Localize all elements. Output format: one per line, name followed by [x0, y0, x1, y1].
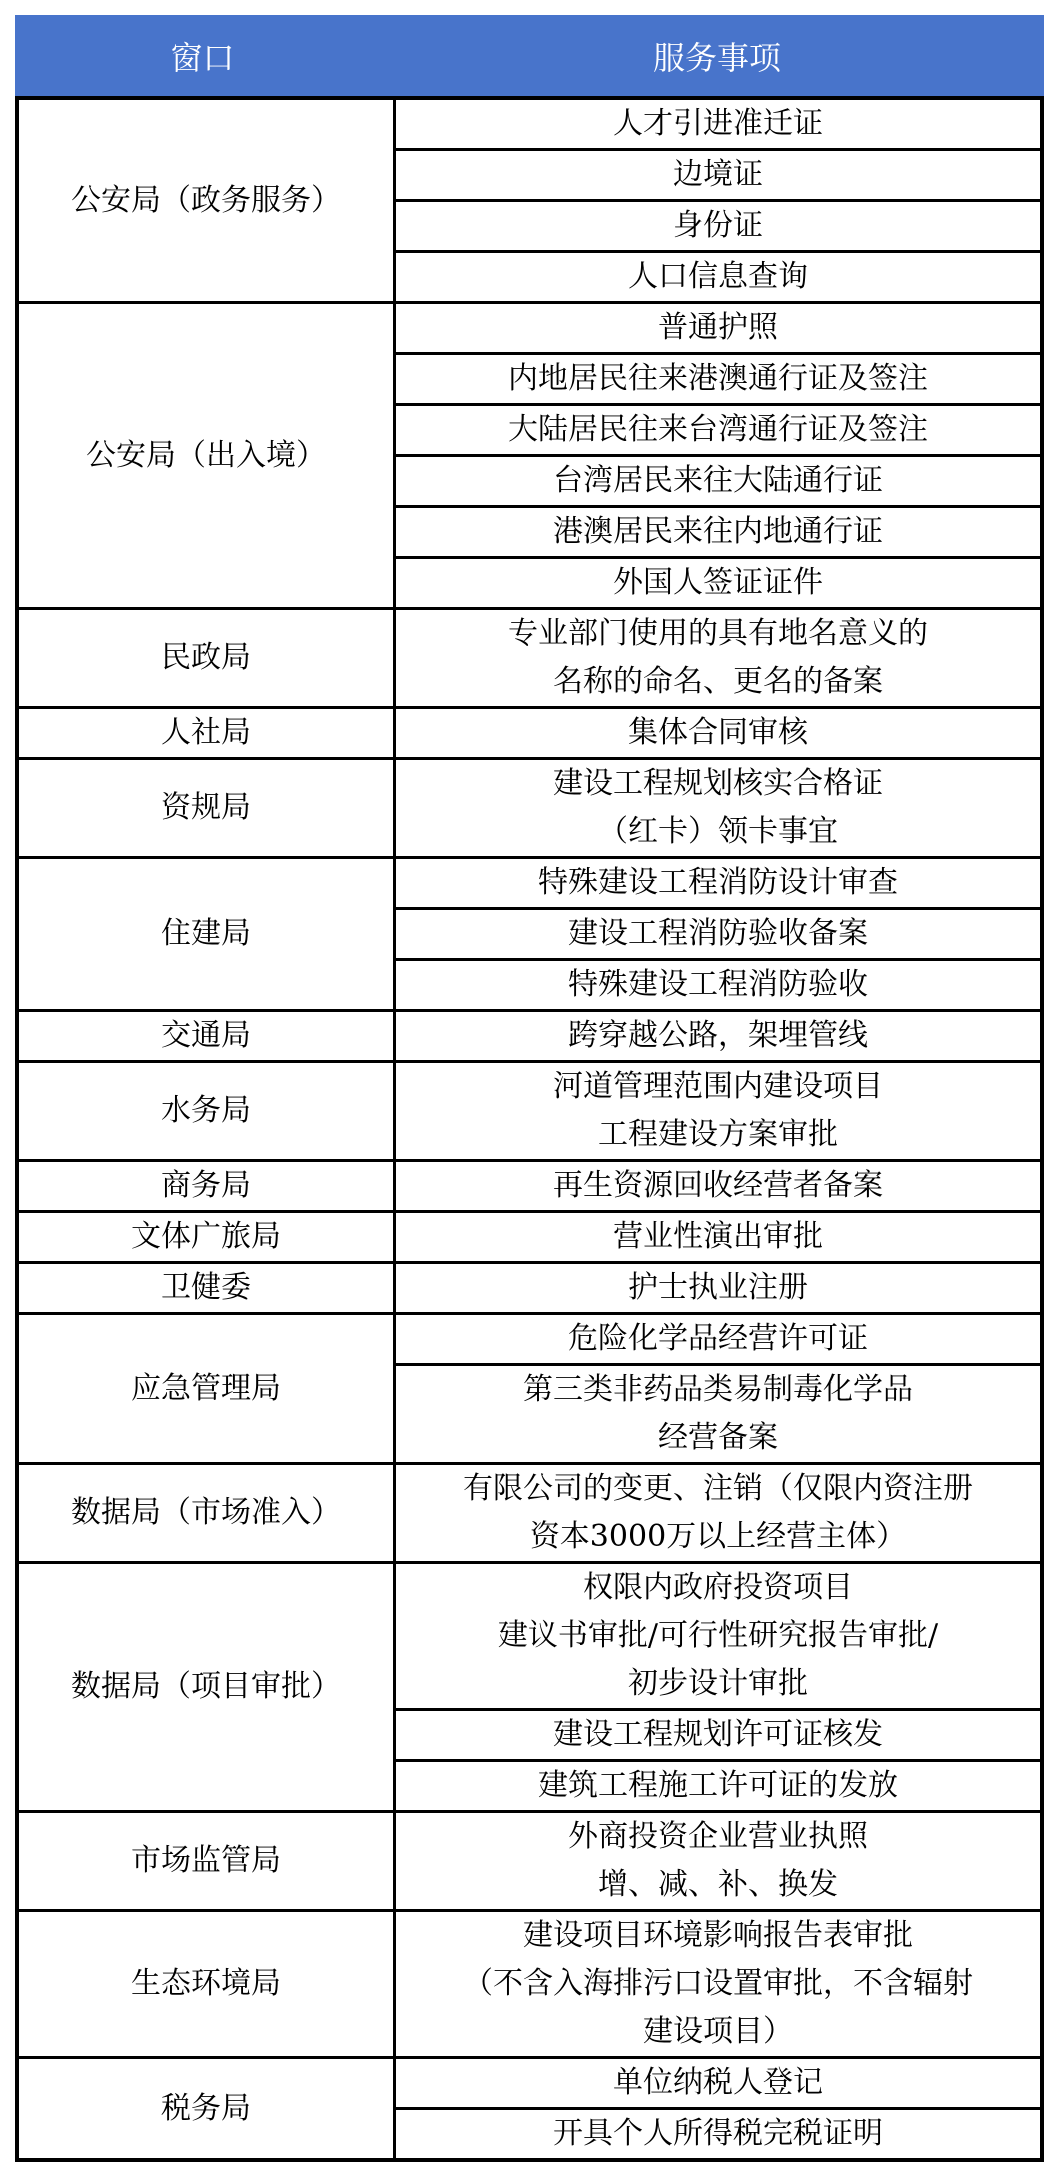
service-cell: 台湾居民来往大陆通行证	[395, 456, 1043, 507]
service-line: 第三类非药品类易制毒化学品	[400, 1366, 1036, 1414]
table-row: 数据局（市场准入）有限公司的变更、注销（仅限内资注册资本3000万以上经营主体）	[17, 1464, 1042, 1563]
table-header: 窗口 服务事项	[15, 15, 1044, 96]
window-cell: 数据局（项目审批）	[17, 1563, 395, 1812]
window-cell: 商务局	[17, 1161, 395, 1212]
window-cell: 民政局	[17, 609, 395, 708]
service-line: 普通护照	[400, 304, 1036, 352]
window-cell: 应急管理局	[17, 1314, 395, 1464]
service-line: 单位纳税人登记	[400, 2059, 1036, 2107]
window-cell: 卫健委	[17, 1263, 395, 1314]
service-line: 河道管理范围内建设项目	[400, 1063, 1036, 1111]
table-row: 商务局再生资源回收经营者备案	[17, 1161, 1042, 1212]
header-window: 窗口	[15, 33, 390, 79]
service-table: 窗口 服务事项 公安局（政务服务）人才引进准迁证边境证身份证人口信息查询公安局（…	[15, 15, 1044, 2162]
service-cell: 建设工程规划核实合格证（红卡）领卡事宜	[395, 759, 1043, 858]
service-line: 营业性演出审批	[400, 1213, 1036, 1261]
service-cell: 有限公司的变更、注销（仅限内资注册资本3000万以上经营主体）	[395, 1464, 1043, 1563]
service-line: 跨穿越公路，架埋管线	[400, 1012, 1036, 1060]
table-row: 文体广旅局营业性演出审批	[17, 1212, 1042, 1263]
service-line: 港澳居民来往内地通行证	[400, 508, 1036, 556]
service-line: 有限公司的变更、注销（仅限内资注册	[400, 1465, 1036, 1513]
service-cell: 集体合同审核	[395, 708, 1043, 759]
window-cell: 市场监管局	[17, 1812, 395, 1911]
service-line: 外国人签证证件	[400, 559, 1036, 607]
service-line: 人口信息查询	[400, 253, 1036, 301]
service-cell: 第三类非药品类易制毒化学品经营备案	[395, 1365, 1043, 1464]
table-row: 应急管理局危险化学品经营许可证	[17, 1314, 1042, 1365]
service-line: 权限内政府投资项目	[400, 1564, 1036, 1612]
window-cell: 住建局	[17, 858, 395, 1011]
service-cell: 人口信息查询	[395, 252, 1043, 303]
table-row: 税务局单位纳税人登记	[17, 2058, 1042, 2109]
service-line: 经营备案	[400, 1414, 1036, 1462]
service-line: 建设项目）	[400, 2008, 1036, 2056]
service-line: 建议书审批/可行性研究报告审批/	[400, 1612, 1036, 1660]
table-row: 数据局（项目审批）权限内政府投资项目建议书审批/可行性研究报告审批/初步设计审批	[17, 1563, 1042, 1710]
service-line: （红卡）领卡事宜	[400, 808, 1036, 856]
table-row: 卫健委护士执业注册	[17, 1263, 1042, 1314]
service-line: 人才引进准迁证	[400, 100, 1036, 148]
table-row: 交通局跨穿越公路，架埋管线	[17, 1011, 1042, 1062]
service-line: 身份证	[400, 202, 1036, 250]
service-cell: 大陆居民往来台湾通行证及签注	[395, 405, 1043, 456]
service-line: 资本3000万以上经营主体）	[400, 1513, 1036, 1561]
window-cell: 税务局	[17, 2058, 395, 2161]
service-cell: 建筑工程施工许可证的发放	[395, 1761, 1043, 1812]
service-line: 建筑工程施工许可证的发放	[400, 1762, 1036, 1810]
service-cell: 港澳居民来往内地通行证	[395, 507, 1043, 558]
service-line: 护士执业注册	[400, 1264, 1036, 1312]
service-cell: 再生资源回收经营者备案	[395, 1161, 1043, 1212]
service-line: 再生资源回收经营者备案	[400, 1162, 1036, 1210]
service-cell: 建设工程消防验收备案	[395, 909, 1043, 960]
service-cell: 内地居民往来港澳通行证及签注	[395, 354, 1043, 405]
table-row: 公安局（出入境）普通护照	[17, 303, 1042, 354]
service-cell: 开具个人所得税完税证明	[395, 2109, 1043, 2161]
service-line: （不含入海排污口设置审批，不含辐射	[400, 1960, 1036, 2008]
service-line: 内地居民往来港澳通行证及签注	[400, 355, 1036, 403]
service-cell: 边境证	[395, 150, 1043, 201]
window-cell: 文体广旅局	[17, 1212, 395, 1263]
service-cell: 跨穿越公路，架埋管线	[395, 1011, 1043, 1062]
service-line: 开具个人所得税完税证明	[400, 2110, 1036, 2158]
table-row: 市场监管局外商投资企业营业执照增、减、补、换发	[17, 1812, 1042, 1911]
service-cell: 危险化学品经营许可证	[395, 1314, 1043, 1365]
service-cell: 营业性演出审批	[395, 1212, 1043, 1263]
service-line: 外商投资企业营业执照	[400, 1813, 1036, 1861]
service-line: 专业部门使用的具有地名意义的	[400, 610, 1036, 658]
table-row: 水务局河道管理范围内建设项目工程建设方案审批	[17, 1062, 1042, 1161]
service-line: 大陆居民往来台湾通行证及签注	[400, 406, 1036, 454]
service-line: 特殊建设工程消防设计审查	[400, 859, 1036, 907]
table-row: 公安局（政务服务）人才引进准迁证	[17, 98, 1042, 150]
service-line: 边境证	[400, 151, 1036, 199]
service-cell: 建设工程规划许可证核发	[395, 1710, 1043, 1761]
service-line: 名称的命名、更名的备案	[400, 658, 1036, 706]
service-line: 建设项目环境影响报告表审批	[400, 1912, 1036, 1960]
table-row: 民政局专业部门使用的具有地名意义的名称的命名、更名的备案	[17, 609, 1042, 708]
service-line: 建设工程消防验收备案	[400, 910, 1036, 958]
service-line: 增、减、补、换发	[400, 1861, 1036, 1909]
window-cell: 生态环境局	[17, 1911, 395, 2058]
table-row: 生态环境局建设项目环境影响报告表审批（不含入海排污口设置审批，不含辐射建设项目）	[17, 1911, 1042, 2058]
service-line: 台湾居民来往大陆通行证	[400, 457, 1036, 505]
table-row: 人社局集体合同审核	[17, 708, 1042, 759]
service-cell: 专业部门使用的具有地名意义的名称的命名、更名的备案	[395, 609, 1043, 708]
service-cell: 特殊建设工程消防验收	[395, 960, 1043, 1011]
service-cell: 权限内政府投资项目建议书审批/可行性研究报告审批/初步设计审批	[395, 1563, 1043, 1710]
service-cell: 身份证	[395, 201, 1043, 252]
service-line: 工程建设方案审批	[400, 1111, 1036, 1159]
service-cell: 单位纳税人登记	[395, 2058, 1043, 2109]
table-row: 资规局建设工程规划核实合格证（红卡）领卡事宜	[17, 759, 1042, 858]
table-row: 住建局特殊建设工程消防设计审查	[17, 858, 1042, 909]
service-cell: 河道管理范围内建设项目工程建设方案审批	[395, 1062, 1043, 1161]
service-line: 初步设计审批	[400, 1660, 1036, 1708]
service-cell: 普通护照	[395, 303, 1043, 354]
window-cell: 数据局（市场准入）	[17, 1464, 395, 1563]
table-rows: 公安局（政务服务）人才引进准迁证边境证身份证人口信息查询公安局（出入境）普通护照…	[17, 98, 1042, 2160]
window-cell: 水务局	[17, 1062, 395, 1161]
service-cell: 建设项目环境影响报告表审批（不含入海排污口设置审批，不含辐射建设项目）	[395, 1911, 1043, 2058]
service-line: 特殊建设工程消防验收	[400, 961, 1036, 1009]
service-line: 集体合同审核	[400, 709, 1036, 757]
header-service: 服务事项	[390, 33, 1044, 79]
service-cell: 护士执业注册	[395, 1263, 1043, 1314]
service-line: 建设工程规划核实合格证	[400, 760, 1036, 808]
window-cell: 交通局	[17, 1011, 395, 1062]
service-cell: 外商投资企业营业执照增、减、补、换发	[395, 1812, 1043, 1911]
window-cell: 公安局（出入境）	[17, 303, 395, 609]
service-cell: 特殊建设工程消防设计审查	[395, 858, 1043, 909]
window-cell: 人社局	[17, 708, 395, 759]
service-cell: 人才引进准迁证	[395, 98, 1043, 150]
window-cell: 公安局（政务服务）	[17, 98, 395, 303]
service-line: 建设工程规划许可证核发	[400, 1711, 1036, 1759]
service-cell: 外国人签证证件	[395, 558, 1043, 609]
window-cell: 资规局	[17, 759, 395, 858]
table-body: 公安局（政务服务）人才引进准迁证边境证身份证人口信息查询公安局（出入境）普通护照…	[15, 96, 1044, 2162]
service-line: 危险化学品经营许可证	[400, 1315, 1036, 1363]
